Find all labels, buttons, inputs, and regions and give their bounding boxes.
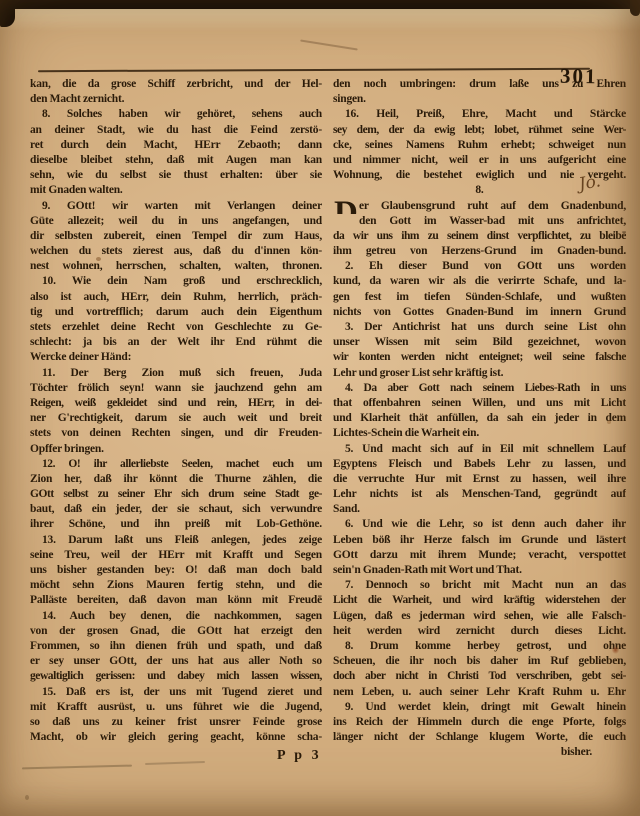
text-line: GOtt darzu mit ihrem Munde; veracht, ver…: [333, 548, 626, 563]
line-text: Licht die Warheit, und wird kräftig wide…: [333, 594, 626, 606]
catchword: bisher.: [333, 745, 626, 760]
text-line: singen.: [333, 92, 626, 107]
text-line: Lehr nichts ist als Menschen-Tand, gegrü…: [333, 487, 626, 502]
text-line: sein'n Gnaden-Rath mit Wort und That.: [333, 563, 626, 578]
line-text: 4. Da aber Gott nach seinem Liebes-Rath …: [345, 382, 626, 394]
line-text: 7. Dennoch so bricht mit Macht nun an da…: [345, 579, 626, 591]
line-text: schlecht: ja bis an der Welt ihr End rüh…: [30, 336, 322, 348]
text-line: die verruchte Hur mit Ernst zu hassen, w…: [333, 472, 626, 487]
text-line: Leben böß ihr Herze falsch im Grunde und…: [333, 533, 626, 548]
line-text: 14. Auch bey denen, die nachkommen, sage…: [42, 610, 322, 622]
text-line: Zion her, daß ihr könnt die Thurne zähle…: [30, 472, 322, 487]
line-text: 6. Und wie die Lehr, so ist denn auch da…: [345, 518, 626, 530]
line-text: also ist auch, HErr, dein Ruhm, herrlich…: [30, 291, 322, 303]
text-line: nest wohnen, herrschen, schalten, walten…: [30, 259, 322, 274]
line-text: seine Treu, weil der HErr mit Krafft und…: [30, 549, 322, 561]
line-text: und nimmer nicht, weil er in uns aufgeri…: [333, 154, 626, 166]
text-line: möcht sehn Zions Mauren fertig stehn, un…: [30, 578, 322, 593]
right-text-column: den noch umbringen: drum laße uns zu Ehr…: [333, 77, 626, 760]
line-text: Sand.: [333, 503, 360, 515]
text-line: 3. Der Antichrist hat uns durch seine Li…: [333, 320, 626, 335]
line-text: dir selbsten zubereit, einen Tempel dir …: [30, 230, 322, 242]
line-text: so daß uns zu keiner frist unsrer Feinde…: [30, 716, 322, 728]
line-text: bisher.: [561, 746, 592, 758]
line-text: GOtt selbst zu seiner Ehr sich drum sein…: [30, 488, 322, 500]
line-text: 15. Daß ers ist, der uns mit Tugend zier…: [42, 686, 322, 698]
line-text: ret durch dein Macht, HErr Zebaoth; dann: [30, 139, 322, 151]
text-line: länger nicht der Schlange klugem Worte, …: [333, 730, 626, 745]
text-line: uns bisher gestanden bey: O! daß man doc…: [30, 563, 322, 578]
text-line: 15. Daß ers ist, der uns mit Tugend zier…: [30, 685, 322, 700]
text-line: also ist auch, HErr, dein Ruhm, herrlich…: [30, 290, 322, 305]
text-line: gewaltiglich gerissen: und dabey mich la…: [30, 669, 322, 684]
text-line: 13. Darum laßt uns Fleiß anlegen, jedes …: [30, 533, 322, 548]
line-text: 9. GOtt! wir warten mit Verlangen deiner: [42, 200, 322, 212]
line-text: uns bisher gestanden bey: O! daß man doc…: [30, 564, 322, 576]
line-text: Lügen, daß es jederman wird sehen, wie a…: [333, 610, 626, 622]
text-line: that offenbahren seinen Willen, und uns …: [333, 396, 626, 411]
line-text: 16. Heil, Preiß, Ehre, Macht und Stärcke: [345, 108, 626, 120]
line-text: von der grosen Gnad, die GOtt hat erzeig…: [30, 625, 322, 637]
line-text: mit Krafft ausrüst, u. uns führet wie di…: [30, 701, 322, 713]
text-line: Güte allezeit; weil du in uns angefangen…: [30, 214, 322, 229]
line-text: den Gott im Wasser-bad mit uns anfrichte…: [359, 215, 626, 227]
line-text: da wir uns ihm zu seinem dinst verpflich…: [333, 230, 626, 242]
text-line: 10. Wie dein Nam groß und erschrecklich,: [30, 274, 322, 289]
line-text: sehn, wie du selbst sie thust erhalten: …: [30, 169, 322, 181]
text-line: 7. Dennoch so bricht mit Macht nun an da…: [333, 578, 626, 593]
line-text: sein'n Gnaden-Rath mit Wort und That.: [333, 564, 522, 576]
line-text: kan, die da grose Schiff zerbricht, und …: [30, 78, 322, 90]
gathering-signature: P p 3: [277, 748, 322, 764]
line-text: ner G'rechtigkeit, darum sie auch weit u…: [30, 412, 322, 424]
text-line: an deiner Stadt, wie du hast die Feind z…: [30, 123, 322, 138]
line-text: cke, seines Namens Ruhm erhebt; schweige…: [333, 139, 626, 151]
line-text: an deiner Stadt, wie du hast die Feind z…: [30, 124, 322, 136]
line-text: gen fest im tiefen Sünden-Schlafe, und w…: [333, 291, 626, 303]
paper-speck: [607, 420, 611, 424]
line-text: baut, daß ein jeder, der sie schaut, sic…: [30, 503, 322, 515]
scan-edge-corner-right: [630, 0, 640, 16]
line-text: nem Leben, u. auch seiner Lehr Kraft Ruh…: [333, 686, 626, 698]
text-line: 9. Und werdet klein, dringt mit Gewalt h…: [333, 700, 626, 715]
text-line: mit Krafft ausrüst, u. uns führet wie di…: [30, 700, 322, 715]
text-line: 8. Drum komme herbey getrost, und ohne: [333, 639, 626, 654]
line-text: Lehr und groser List sehr kräftig ist.: [333, 367, 503, 379]
line-text: heit werden wird zernicht durch dieses L…: [333, 625, 626, 637]
text-line: 6. Und wie die Lehr, so ist denn auch da…: [333, 517, 626, 532]
line-text: Lichtes-Schein die Warheit ein.: [333, 427, 479, 439]
line-text: und Klarheit thät anfüllen, da sah ein j…: [333, 412, 626, 424]
line-text: dieselbe bleibet stehn, daß mit Augen ma…: [30, 154, 322, 166]
text-line: schlecht: ja bis an der Welt ihr End rüh…: [30, 335, 322, 350]
line-text: singen.: [333, 93, 366, 105]
text-line: ret durch dein Macht, HErr Zebaoth; dann: [30, 138, 322, 153]
text-line: cke, seines Namens Ruhm erhebt; schweige…: [333, 138, 626, 153]
drop-cap-letter: D: [334, 199, 358, 214]
line-text: Scheuen, die ihr noch bis daher im Ruf g…: [333, 655, 626, 667]
line-text: Güte allezeit; weil du in uns angefangen…: [30, 215, 322, 227]
text-line: so daß uns zu keiner frist unsrer Feinde…: [30, 715, 322, 730]
line-text: Wercke deiner Händ:: [30, 351, 131, 363]
text-line: 11. Der Berg Zion muß sich freuen, Juda: [30, 366, 322, 381]
line-text: Frommen, so ihn dienen früh und spath, u…: [30, 640, 322, 652]
text-line: Lehr und groser List sehr kräftig ist.: [333, 366, 626, 381]
line-text: nichts von Gottes Gnaden-Bund im innern …: [333, 306, 626, 318]
text-line: Der Glaubensgrund ruht auf dem Gnadenbun…: [333, 199, 626, 214]
line-text: 8. Drum komme herbey getrost, und ohne: [345, 640, 626, 652]
line-text: er sey unser GOtt, der uns hat aus aller…: [30, 655, 322, 667]
line-text: Reigen, weiß gekleidet sind und rein, HE…: [30, 397, 322, 409]
line-text: 9. Und werdet klein, dringt mit Gewalt h…: [345, 701, 626, 713]
text-line: 8. Solches haben wir gehöret, sehens auc…: [30, 107, 322, 122]
text-line: stets von deinen Rechten singen, und dir…: [30, 426, 322, 441]
paper-speck: [96, 257, 101, 261]
line-text: Leben böß ihr Herze falsch im Grunde und…: [333, 534, 626, 546]
text-line: er sey unser GOtt, der uns hat aus aller…: [30, 654, 322, 669]
text-line: ihrer Schöne, und ihn preiß mit Lob-Geth…: [30, 517, 322, 532]
text-line: 5. Und macht sich auf in Eil mit schnell…: [333, 442, 626, 457]
text-line: Egyptens Fleisch und Babels Lehr zu lass…: [333, 457, 626, 472]
text-line: Lügen, daß es jederman wird sehen, wie a…: [333, 609, 626, 624]
line-text: unser Wissen mit seim Bild gezeichnet, w…: [333, 336, 626, 348]
text-line: ner G'rechtigkeit, darum sie auch weit u…: [30, 411, 322, 426]
line-text: die verruchte Hur mit Ernst zu hassen, w…: [333, 473, 626, 485]
handwritten-ink-mark: Jo.: [578, 175, 602, 194]
text-line: 14. Auch bey denen, die nachkommen, sage…: [30, 609, 322, 624]
text-line: dieselbe bleibet stehn, daß mit Augen ma…: [30, 153, 322, 168]
line-text: ihrer Schöne, und ihn preiß mit Lob-Geth…: [30, 518, 322, 530]
hymn-number-heading: 8.Jo.: [333, 183, 626, 198]
pencil-smudge: [145, 761, 205, 765]
line-text: nest wohnen, herrschen, schalten, walten…: [30, 260, 322, 272]
text-line: nem Leben, u. auch seiner Lehr Kraft Ruh…: [333, 685, 626, 700]
line-text: mit Gnaden walten.: [30, 184, 123, 196]
text-line: mit Gnaden walten.: [30, 183, 322, 198]
scan-edge-top: [0, 0, 640, 9]
text-line: unser Wissen mit seim Bild gezeichnet, w…: [333, 335, 626, 350]
pencil-smudge: [22, 765, 132, 770]
line-text: ihm getreu von Herzens-Grund im Gnaden-b…: [333, 245, 626, 257]
text-line: 16. Heil, Preiß, Ehre, Macht und Stärcke: [333, 107, 626, 122]
text-line: Frommen, so ihn dienen früh und spath, u…: [30, 639, 322, 654]
text-line: kan, die da grose Schiff zerbricht, und …: [30, 77, 322, 92]
text-line: ins Reich der Himmeln durch die enge Pfo…: [333, 715, 626, 730]
text-line: gen fest im tiefen Sünden-Schlafe, und w…: [333, 290, 626, 305]
line-text: Palläste bereiten, daß davon man könn mi…: [30, 594, 322, 606]
line-text: GOtt darzu mit ihrem Munde; veracht, ver…: [333, 549, 626, 561]
line-text: 13. Darum laßt uns Fleiß anlegen, jedes …: [42, 534, 322, 546]
ink-scratch-mark: [300, 39, 358, 50]
text-line: ihm getreu von Herzens-Grund im Gnaden-b…: [333, 244, 626, 259]
text-line: den Gott im Wasser-bad mit uns anfrichte…: [333, 214, 626, 229]
text-line: seine Treu, weil der HErr mit Krafft und…: [30, 548, 322, 563]
text-line: heit werden wird zernicht durch dieses L…: [333, 624, 626, 639]
text-line: den noch umbringen: drum laße uns zu Ehr…: [333, 77, 626, 92]
line-text: stets erzehlet deine Recht von Geschlech…: [30, 321, 322, 333]
line-text: 2. Eh dieser Bund von GOtt uns worden: [345, 260, 626, 272]
line-text: stets von deinen Rechten singen, und dir…: [30, 427, 322, 439]
line-text: den noch umbringen: drum laße uns zu Ehr…: [333, 78, 626, 90]
line-text: den Macht zernicht.: [30, 93, 124, 105]
line-text: möcht sehn Zions Mauren fertig stehn, un…: [30, 579, 322, 591]
text-line: stets erzehlet deine Recht von Geschlech…: [30, 320, 322, 335]
text-line: Licht die Warheit, und wird kräftig wide…: [333, 593, 626, 608]
text-line: Sand.: [333, 502, 626, 517]
text-line: doch aber nicht in Christi Tod verschrib…: [333, 669, 626, 684]
text-line: und nimmer nicht, weil er in uns aufgeri…: [333, 153, 626, 168]
line-text: welchen du stets zierest aus, daß du d'i…: [30, 245, 322, 257]
text-line: und Klarheit thät anfüllen, da sah ein j…: [333, 411, 626, 426]
left-text-column: kan, die da grose Schiff zerbricht, und …: [30, 77, 322, 745]
page-edge-highlight: [0, 9, 640, 31]
text-line: da wir uns ihm zu seinem dinst verpflich…: [333, 229, 626, 244]
line-text: ins Reich der Himmeln durch die enge Pfo…: [333, 716, 626, 728]
text-line: tig und vortrefflich; darum auch dein Ei…: [30, 305, 322, 320]
ink-stain: [612, 646, 619, 654]
line-text: Lehr nichts ist als Menschen-Tand, gegrü…: [333, 488, 626, 500]
line-text: Töchter frölich seyn! wann sie jauchzend…: [30, 382, 322, 394]
text-line: sey dem, der da ewig lebt; lobet, rühmet…: [333, 123, 626, 138]
line-text: 3. Der Antichrist hat uns durch seine Li…: [345, 321, 626, 333]
line-text: sey dem, der da ewig lebt; lobet, rühmet…: [333, 124, 626, 136]
text-line: 12. O! ihr allerliebste Seelen, machet e…: [30, 457, 322, 472]
line-text: 12. O! ihr allerliebste Seelen, machet e…: [42, 458, 322, 470]
text-line: kund, da waren wir als die verirrte Scha…: [333, 274, 626, 289]
line-text: tig und vortrefflich; darum auch dein Ei…: [30, 306, 322, 318]
text-line: von der grosen Gnad, die GOtt hat erzeig…: [30, 624, 322, 639]
text-line: Wercke deiner Händ:: [30, 350, 322, 365]
line-text: er Glaubensgrund ruht auf dem Gnadenbund…: [359, 200, 626, 212]
text-line: 2. Eh dieser Bund von GOtt uns worden: [333, 259, 626, 274]
text-line: den Macht zernicht.: [30, 92, 322, 107]
line-text: 5. Und macht sich auf in Eil mit schnell…: [345, 443, 626, 455]
line-text: kund, da waren wir als die verirrte Scha…: [333, 275, 626, 287]
line-text: länger nicht der Schlange klugem Worte, …: [333, 731, 626, 743]
text-line: Opffer bringen.: [30, 442, 322, 457]
line-text: Zion her, daß ihr könnt die Thurne zähle…: [30, 473, 322, 485]
line-text: Opffer bringen.: [30, 443, 104, 455]
line-text: Macht, ob wir gleich gering geacht, könn…: [30, 731, 322, 743]
scanned-book-page: 301 kan, die da grose Schiff zerbricht, …: [0, 0, 640, 816]
line-text: gewaltiglich gerissen: und dabey mich la…: [30, 670, 322, 682]
text-line: 9. GOtt! wir warten mit Verlangen deiner: [30, 199, 322, 214]
line-text: 10. Wie dein Nam groß und erschrecklich,: [42, 275, 322, 287]
line-text: 8.: [475, 184, 483, 196]
text-line: welchen du stets zierest aus, daß du d'i…: [30, 244, 322, 259]
text-line: nichts von Gottes Gnaden-Bund im innern …: [333, 305, 626, 320]
scan-edge-corner-left: [0, 0, 15, 27]
text-line: 4. Da aber Gott nach seinem Liebes-Rath …: [333, 381, 626, 396]
text-line: Töchter frölich seyn! wann sie jauchzend…: [30, 381, 322, 396]
text-line: Reigen, weiß gekleidet sind und rein, HE…: [30, 396, 322, 411]
line-text: Egyptens Fleisch und Babels Lehr zu lass…: [333, 458, 626, 470]
header-rule: [38, 68, 590, 72]
text-line: Scheuen, die ihr noch bis daher im Ruf g…: [333, 654, 626, 669]
line-text: 8. Solches haben wir gehöret, sehens auc…: [42, 108, 322, 120]
line-text: doch aber nicht in Christi Tod verschrib…: [333, 670, 626, 682]
text-line: dir selbsten zubereit, einen Tempel dir …: [30, 229, 322, 244]
line-text: that offenbahren seinen Willen, und uns …: [333, 397, 626, 409]
text-line: Macht, ob wir gleich gering geacht, könn…: [30, 730, 322, 745]
text-line: Palläste bereiten, daß davon man könn mi…: [30, 593, 322, 608]
text-line: wir konten werden nicht enteignet; weil …: [333, 350, 626, 365]
line-text: 11. Der Berg Zion muß sich freuen, Juda: [42, 367, 322, 379]
paper-speck: [25, 795, 29, 800]
text-line: baut, daß ein jeder, der sie schaut, sic…: [30, 502, 322, 517]
line-text: wir konten werden nicht enteignet; weil …: [333, 351, 626, 363]
text-line: sehn, wie du selbst sie thust erhalten: …: [30, 168, 322, 183]
text-line: Lichtes-Schein die Warheit ein.: [333, 426, 626, 441]
text-line: GOtt selbst zu seiner Ehr sich drum sein…: [30, 487, 322, 502]
